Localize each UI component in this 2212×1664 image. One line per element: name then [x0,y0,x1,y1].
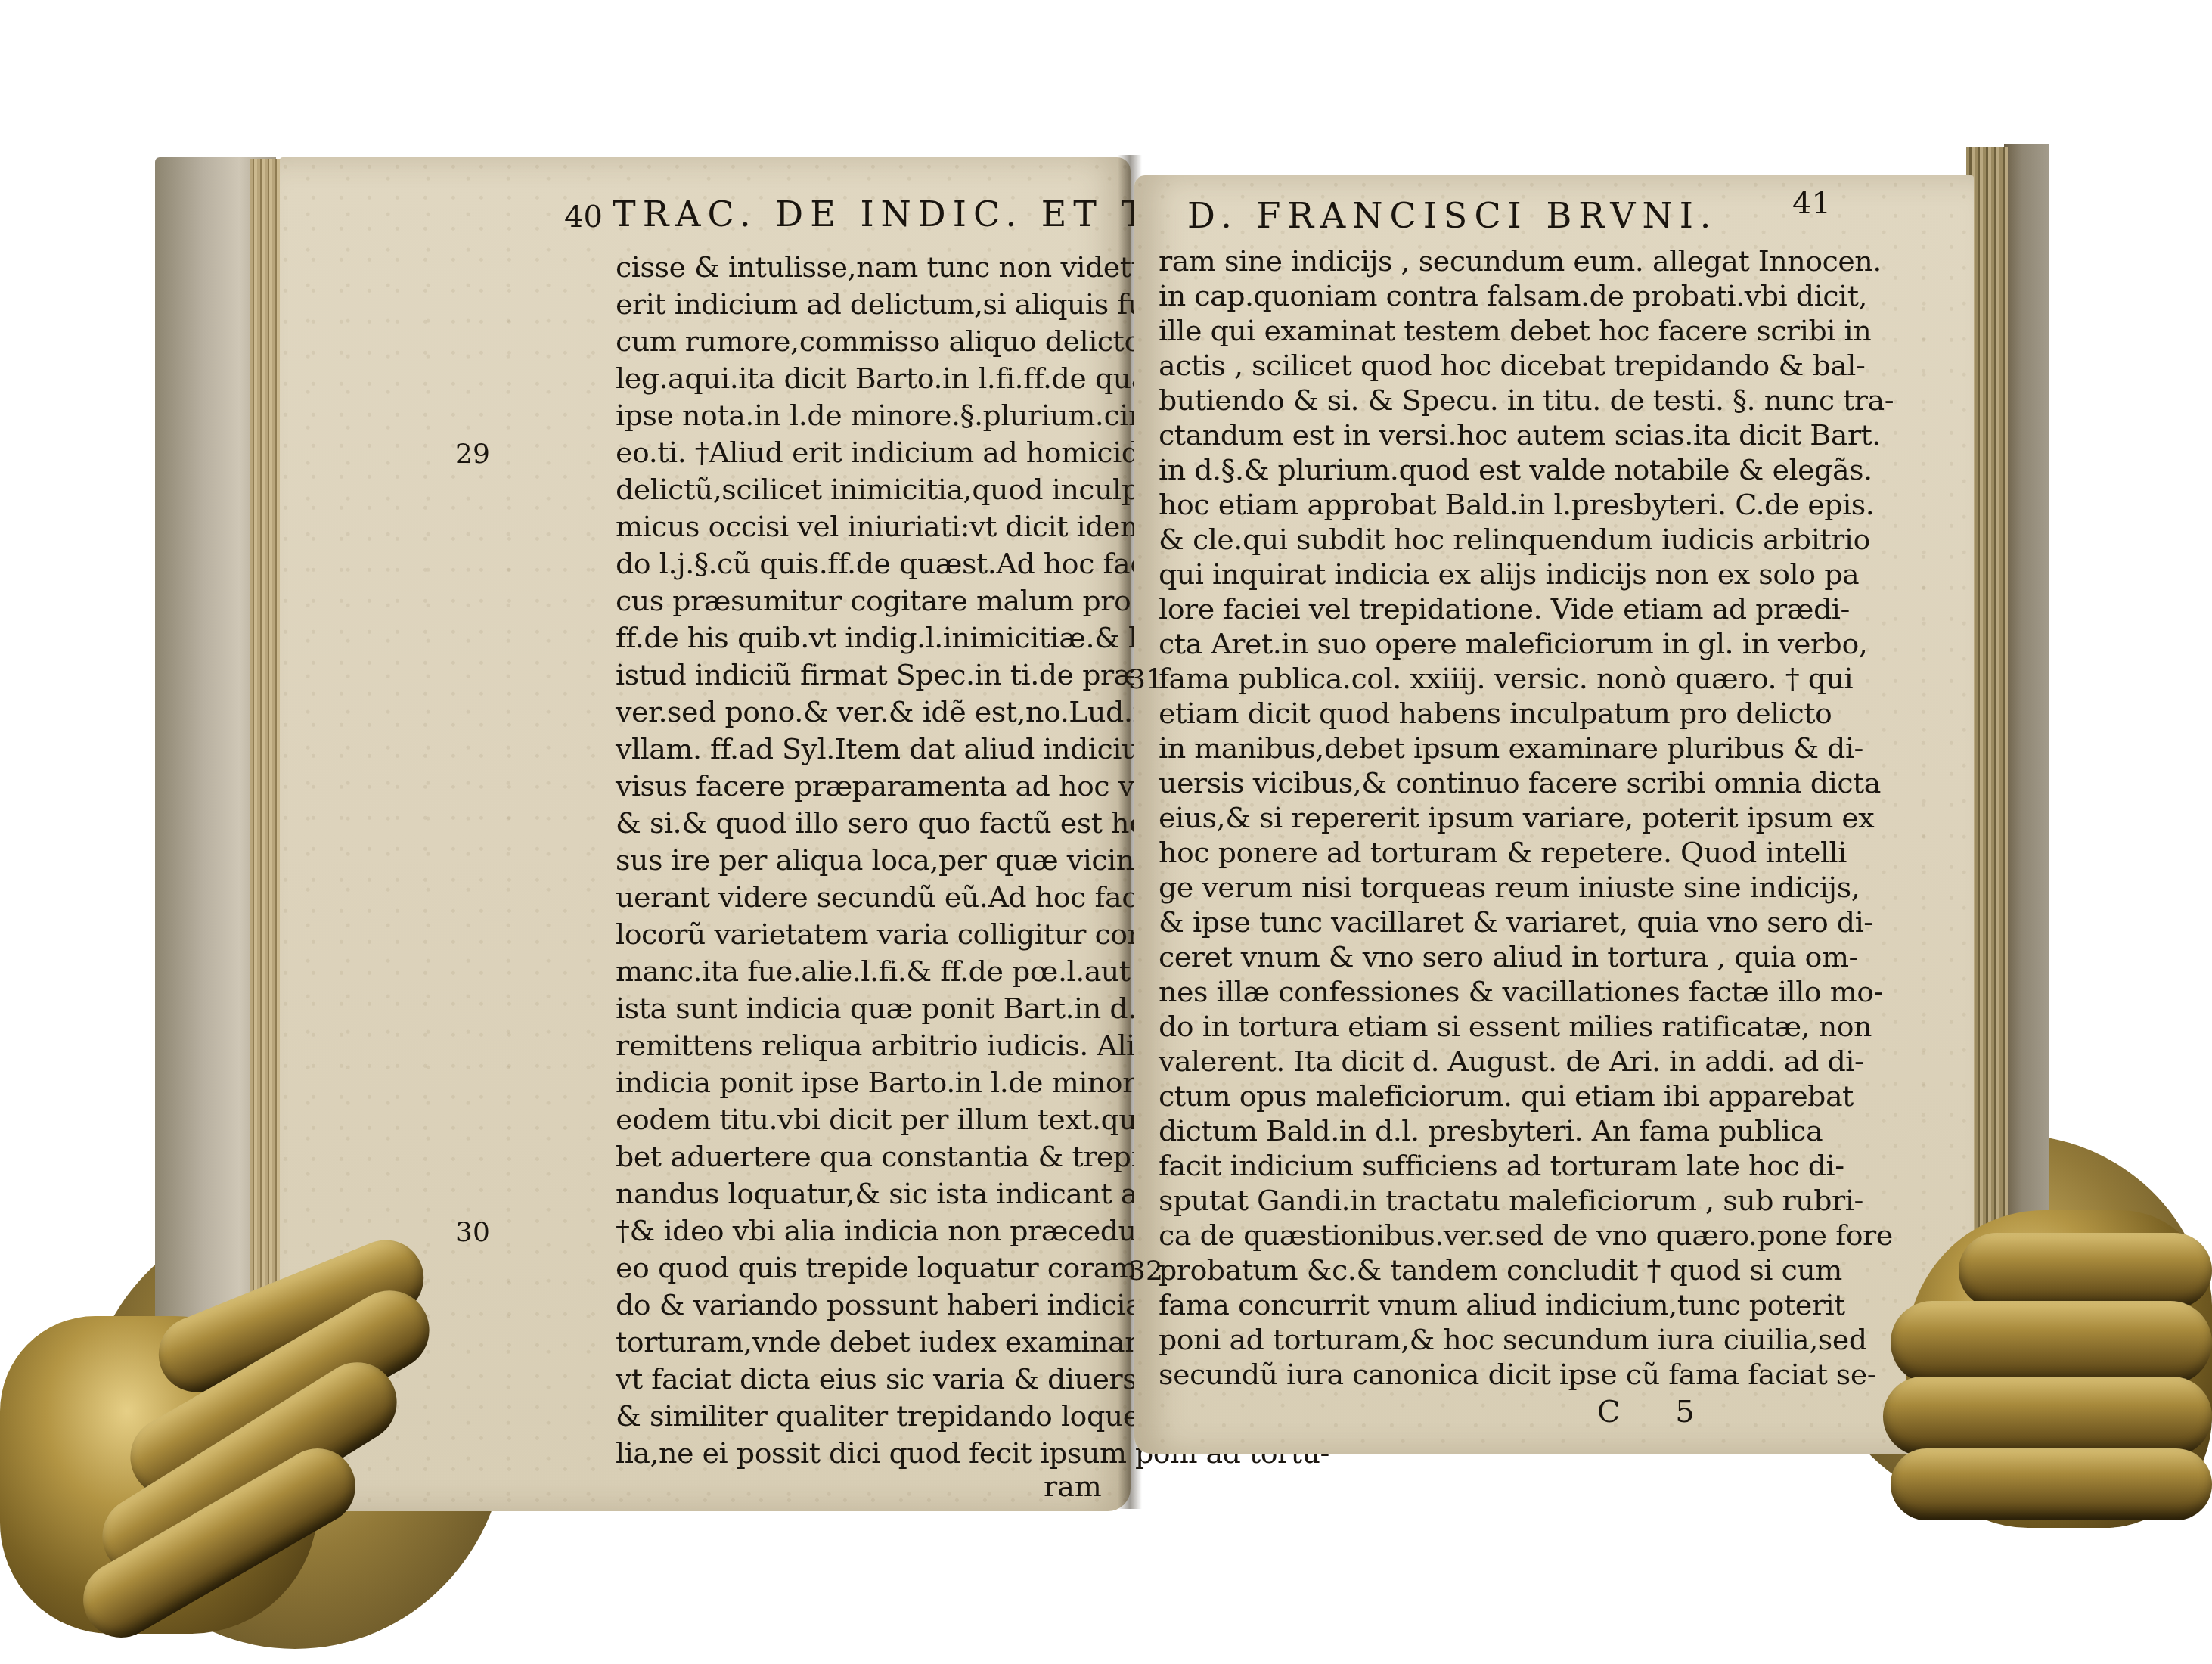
text-line: actis , scilicet quod hoc dicebat trepid… [1159,346,1865,384]
brass-finger [1891,1448,2212,1520]
margin-number: 31 [1128,664,1163,695]
text-line: in d.§.& plurium.quod est valde notabile… [1159,451,1872,489]
text-line: probatum &c.& tandem concludit † quod si… [1159,1251,1842,1289]
text-line: lore faciei vel trepidatione. Vide etiam… [1159,590,1850,628]
text-line: cta Aret.in suo opere maleficiorum in gl… [1159,625,1867,663]
text-line: qui inquirat indicia ex alijs indicijs n… [1159,555,1859,593]
text-line: ctum opus maleficiorum. qui etiam ibi ap… [1159,1077,1854,1115]
text-line: & cle.qui subdit hoc relinquendum iudici… [1159,520,1870,558]
folio-right: 41 [1792,186,1831,221]
text-line: in manibus,debet ipsum examinare pluribu… [1159,729,1863,767]
margin-number: 30 [455,1217,490,1248]
running-head-right: D. FRANCISCI BRVNI. [1187,195,1717,236]
brass-finger [1891,1301,2212,1384]
text-line: secundũ iura canonica dicit ipse cũ fama… [1159,1355,1876,1393]
text-line: fama concurrit vnum aliud indicium,tunc … [1159,1286,1845,1324]
text-line: hoc ponere ad torturam & repetere. Quod … [1159,834,1847,871]
text-line: uersis vicibus,& continuo facere scribi … [1159,764,1881,802]
text-line: nes illæ confessiones & vacillationes fa… [1159,973,1883,1011]
page-right: D. FRANCISCI BRVNI. 41 ram sine indicijs… [1134,175,1974,1454]
book-cover-right [2004,144,2049,1240]
text-line: eius,& si repererit ipsum variare, poter… [1159,799,1874,837]
photo-scene: 40 TRAC. DE INDIC. ET TORT. cisse & intu… [0,0,2212,1664]
margin-number: 32 [1128,1256,1163,1287]
text-line: ceret vnum & vno sero aliud in tortura ,… [1159,938,1858,976]
margin-number: 29 [455,439,490,470]
signature-mark: C 5 [1597,1395,1717,1430]
text-line: & ipse tunc vacillaret & variaret, quia … [1159,903,1873,941]
catchword: ram [1044,1470,1102,1503]
text-line: ram sine indicijs , secundum eum. allega… [1159,242,1882,280]
text-line: ge verum nisi torqueas reum iniuste sine… [1159,868,1860,906]
text-line: butiendo & si. & Specu. in titu. de test… [1159,381,1894,419]
text-line: fama publica.col. xxiiij. versic. nonò q… [1159,660,1853,697]
text-line: ctandum est in versi.hoc autem scias.ita… [1159,416,1881,454]
brass-finger [1959,1233,2212,1309]
text-line: do in tortura etiam si essent milies rat… [1159,1007,1872,1045]
brass-finger [1883,1377,2212,1456]
folio-left: 40 [564,200,603,234]
text-line: hoc etiam approbat Bald.in l.presbyteri.… [1159,486,1874,523]
text-line: facit indicium sufficiens ad torturam la… [1159,1147,1844,1184]
text-line: ille qui examinat testem debet hoc facer… [1159,312,1871,349]
text-line: poni ad torturam,& hoc secundum iura ciu… [1159,1321,1867,1358]
text-line: valerent. Ita dicit d. August. de Ari. i… [1159,1042,1863,1080]
text-line: dictum Bald.in d.l. presbyteri. An fama … [1159,1112,1823,1150]
text-line: ca de quæstionibus.ver.sed de vno quæro.… [1159,1216,1893,1254]
text-line: sputat Gandi.in tractatu maleficiorum , … [1159,1181,1863,1219]
text-line: in cap.quoniam contra falsam.de probati.… [1159,277,1867,315]
text-line: etiam dicit quod habens inculpatum pro d… [1159,694,1832,732]
